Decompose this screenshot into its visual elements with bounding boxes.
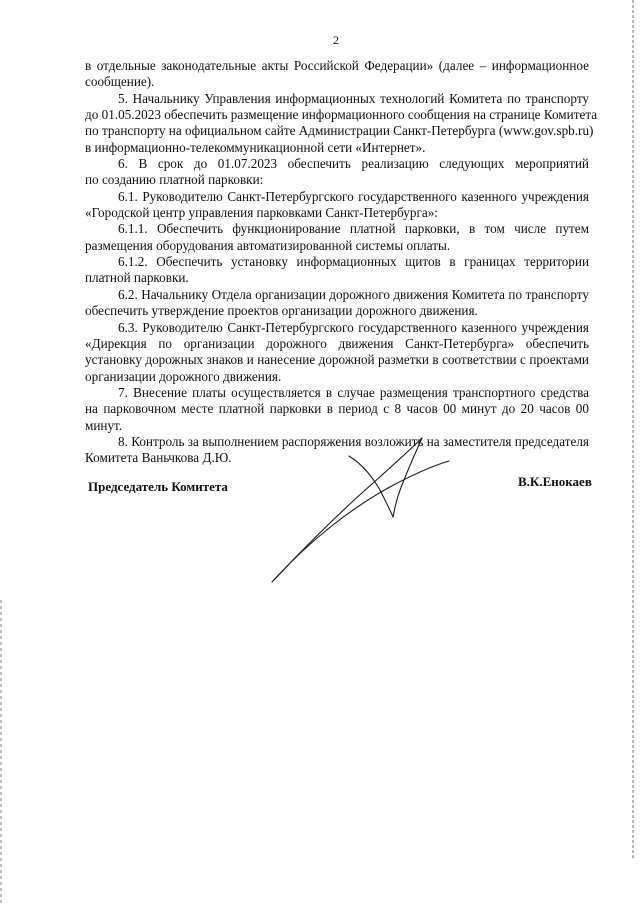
text-line: платной парковки. [85,270,589,286]
text-line: размещения оборудования автоматизированн… [85,238,589,254]
text-line: по созданию платной парковки: [85,172,589,188]
paragraph-continuation: в отдельные законодательные акты Российс… [85,58,589,91]
text-line: на парковочном месте платной парковки в … [85,401,589,417]
paragraph-item-6-2: 6.2. Начальнику Отдела организации дорож… [85,287,589,320]
text-line: «Дирекция по организации дорожного движе… [85,336,589,352]
text-line: минут. [85,418,589,434]
paragraph-item-6-1: 6.1. Руководителю Санкт-Петербургского г… [85,189,589,222]
text-line: «Городской центр управления парковками С… [85,205,589,221]
page-number: 2 [0,33,640,48]
text-line: 5. Начальнику Управления информационных … [85,91,589,107]
paragraph-item-5: 5. Начальнику Управления информационных … [85,91,589,156]
scan-edge-right [632,0,634,860]
text-line: 6.3. Руководителю Санкт-Петербургского г… [85,320,589,336]
text-line: 6.1.1. Обеспечить функционирование платн… [85,221,589,237]
text-line: 6.1.2. Обеспечить установку информационн… [85,254,589,270]
text-line: обеспечить утверждение проектов организа… [85,303,589,319]
text-line: до 01.05.2023 обеспечить размещение инфо… [85,107,589,123]
text-line: 6. В срок до 01.07.2023 обеспечить реали… [85,156,589,172]
paragraph-item-6-3: 6.3. Руководителю Санкт-Петербургского г… [85,320,589,385]
scan-edge-left [0,600,2,905]
paragraph-item-6-1-2: 6.1.2. Обеспечить установку информационн… [85,254,589,287]
text-line: 6.1. Руководителю Санкт-Петербургского г… [85,189,589,205]
text-line: в отдельные законодательные акты Российс… [85,58,589,74]
signatory-name: В.К.Енокаев [518,474,592,490]
text-line: организации дорожного движения. [85,369,589,385]
paragraph-item-8: 8. Контроль за выполнением распоряжения … [85,434,589,467]
text-line: Комитета Ваньчкова Д.Ю. [85,450,589,466]
text-line: в информационно-телекоммуникационной сет… [85,140,589,156]
text-line: сообщение). [85,74,589,90]
text-line: 6.2. Начальнику Отдела организации дорож… [85,287,589,303]
document-body: в отдельные законодательные акты Российс… [85,58,589,467]
text-line: 7. Внесение платы осуществляется в случа… [85,385,589,401]
text-line: установку дорожных знаков и нанесение до… [85,352,589,368]
paragraph-item-6: 6. В срок до 01.07.2023 обеспечить реали… [85,156,589,189]
signatory-title: Председатель Комитета [88,479,228,495]
text-line: 8. Контроль за выполнением распоряжения … [85,434,589,450]
text-line: по транспорту на официальном сайте Админ… [85,123,589,139]
paragraph-item-7: 7. Внесение платы осуществляется в случа… [85,385,589,434]
paragraph-item-6-1-1: 6.1.1. Обеспечить функционирование платн… [85,221,589,254]
